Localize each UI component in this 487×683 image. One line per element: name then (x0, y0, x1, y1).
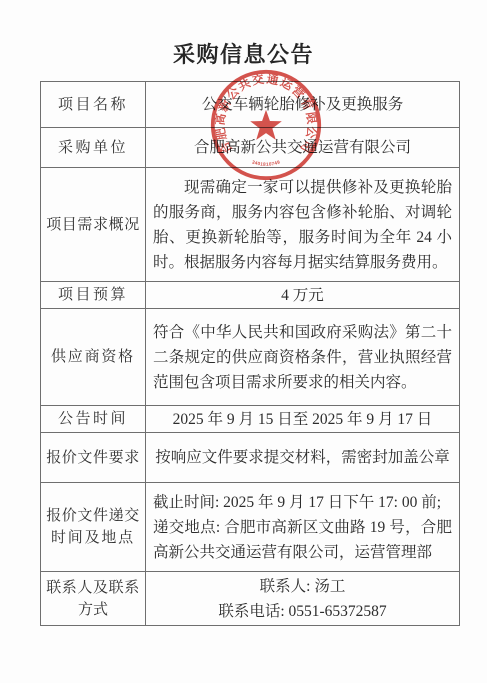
star-icon (250, 110, 282, 140)
document-page: 采购信息公告 项目名称公交车辆轮胎修补及更换服务采购单位合肥高新公共交通运营有限… (0, 0, 487, 683)
table-row: 报价文件要求按响应文件要求提交材料，需密封加盖公章 (41, 433, 459, 483)
row-value: 截止时间: 2025 年 9 月 17 日下午 17: 00 前;递交地点: 合… (146, 483, 459, 571)
table-row: 项目需求概况现需确定一家可以提供修补及更换轮胎的服务商，服务内容包含修补轮胎、对… (41, 168, 459, 282)
row-label: 供应商资格 (41, 309, 146, 405)
table-row: 供应商资格符合《中华人民共和国政府采购法》第二十二条规定的供应商资格条件，营业执… (41, 309, 459, 406)
table-row: 项目预算4 万元 (41, 282, 459, 309)
row-label: 采购单位 (41, 128, 146, 167)
row-value: 2025 年 9 月 15 日至 2025 年 9 月 17 日 (146, 406, 459, 432)
row-label: 联系人及联系方式 (41, 572, 146, 625)
row-label: 报价文件要求 (41, 433, 146, 482)
row-label: 项目需求概况 (41, 168, 146, 281)
table-row: 公告时间2025 年 9 月 15 日至 2025 年 9 月 17 日 (41, 406, 459, 433)
company-seal-stamp: 合肥高新公共交通运营有限公司 3401810749 (209, 68, 323, 182)
row-value: 联系人: 汤工联系电话: 0551-65372587 (146, 572, 459, 625)
row-value: 4 万元 (146, 282, 459, 308)
row-label: 公告时间 (41, 406, 146, 432)
page-title: 采购信息公告 (0, 38, 487, 69)
row-label: 项目预算 (41, 282, 146, 308)
table-row: 报价文件递交时间及地点截止时间: 2025 年 9 月 17 日下午 17: 0… (41, 483, 459, 572)
table-row: 联系人及联系方式联系人: 汤工联系电话: 0551-65372587 (41, 572, 459, 625)
seal-serial-text: 3401810749 (251, 159, 281, 167)
row-value: 按响应文件要求提交材料，需密封加盖公章 (146, 433, 459, 482)
row-value: 现需确定一家可以提供修补及更换轮胎的服务商，服务内容包含修补轮胎、对调轮胎、更换… (146, 168, 459, 281)
row-label: 项目名称 (41, 82, 146, 127)
row-label: 报价文件递交时间及地点 (41, 483, 146, 571)
row-value: 符合《中华人民共和国政府采购法》第二十二条规定的供应商资格条件，营业执照经营范围… (146, 309, 459, 405)
